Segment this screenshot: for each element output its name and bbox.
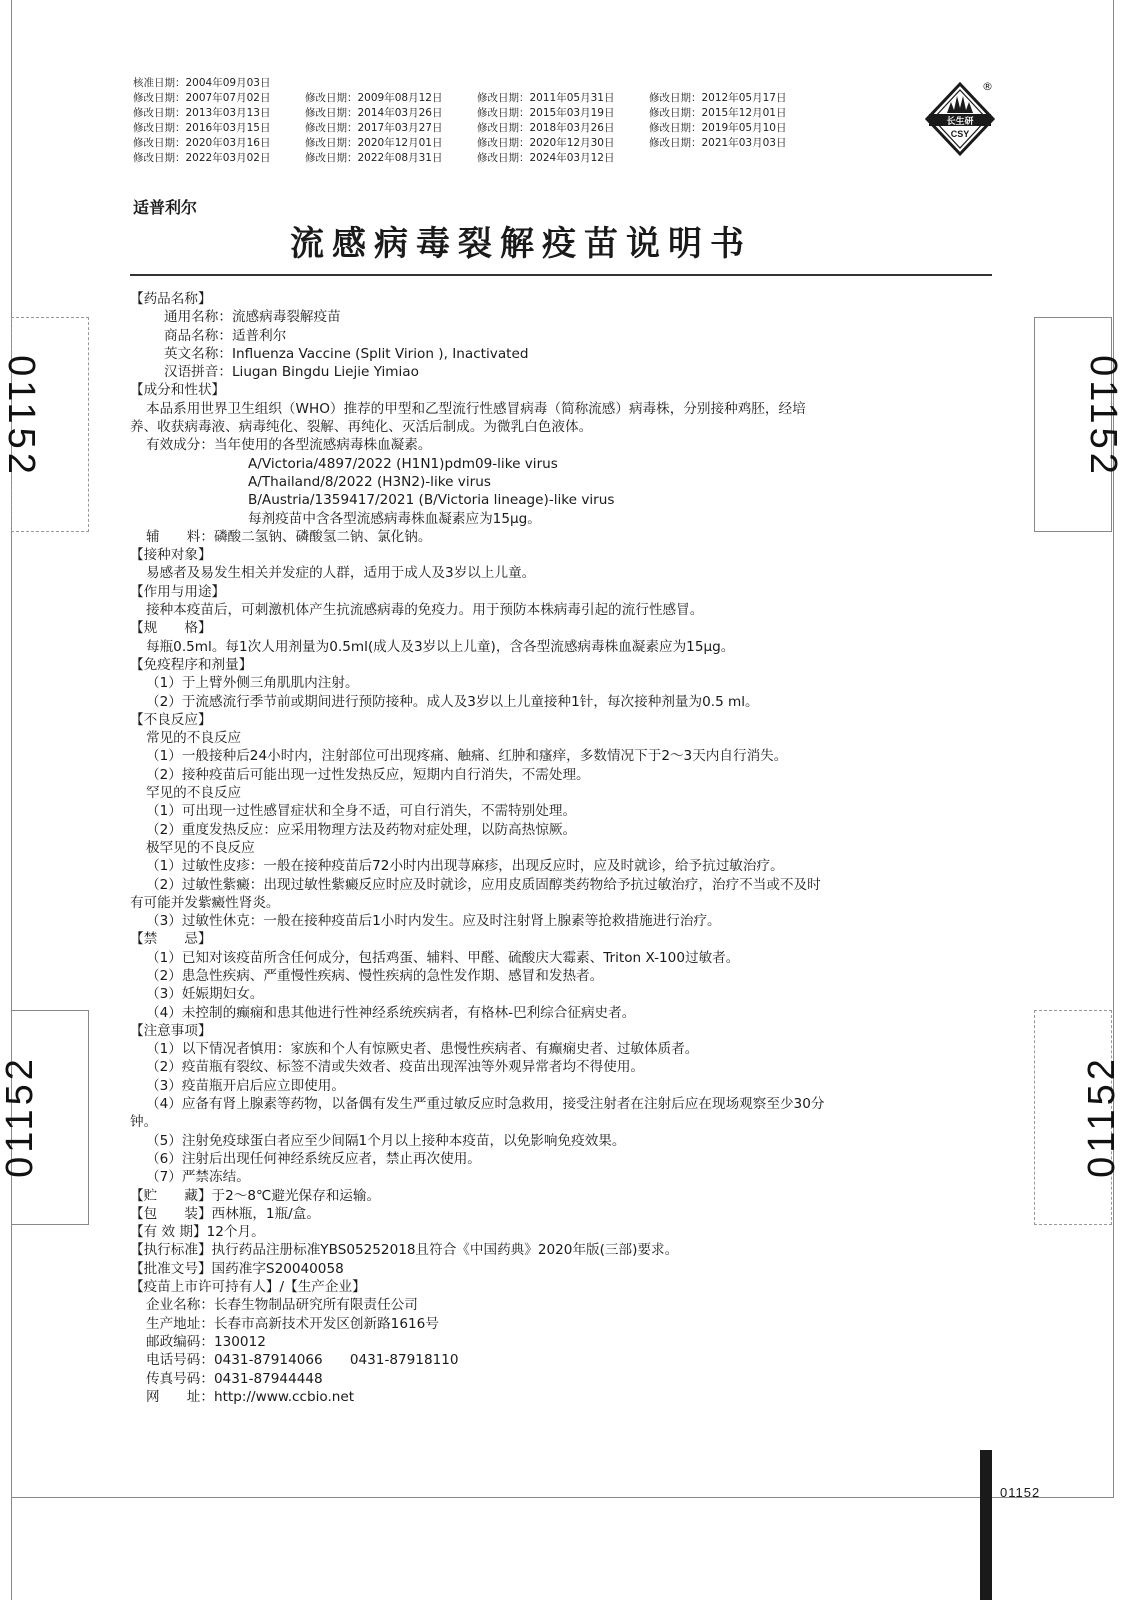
revision-date: 修改日期：2018年03月26日 [477,121,649,136]
package: 【包 装】西林瓶，1瓶/盒。 [130,1205,996,1223]
usage-text: 接种本疫苗后，可刺激机体产生抗流感病毒的免疫力。用于预防本株病毒引起的流行性感冒… [130,601,996,619]
revision-date: 修改日期：2016年03月15日 [133,121,305,136]
precaution-item: （7）严禁冻结。 [130,1168,996,1186]
strain: A/Victoria/4897/2022 (H1N1)pdm09-like vi… [130,455,996,473]
strain: A/Thailand/8/2022 (H3N2)-like virus [130,473,996,491]
bottom-code: 01152 [1000,1485,1040,1500]
website-link[interactable]: 网 址：http://www.ccbio.net [130,1388,996,1406]
registered-mark: ® [982,80,993,93]
shelf-life: 【有 效 期】12个月。 [130,1223,996,1241]
per-dose-content: 每剂疫苗中含各型流感病毒株血凝素应为15μg。 [130,510,996,528]
pinyin-name: 汉语拼音：Liugan Bingdu Liejie Yimiao [130,363,996,381]
dosage-item: （1）于上臂外侧三角肌肌内注射。 [130,674,996,692]
contraindication-item: （1）已知对该疫苗所含任何成分，包括鸡蛋、辅料、甲醛、硫酸庆大霉素、Triton… [130,949,996,967]
revision-date: 修改日期：2019年05月10日 [649,121,821,136]
page-border-left [11,0,12,1600]
csy-diamond-logo-icon: 长生研 CSY [925,82,995,157]
trade-name: 商品名称：适普利尔 [130,327,996,345]
active-ingredients-label: 有效成分：当年使用的各型流感病毒株血凝素。 [130,436,996,454]
revision-date: 修改日期：2017年03月27日 [305,121,477,136]
adverse-item: （2）重度发热反应：应采用物理方法及药物对症处理，以防高热惊厥。 [130,821,996,839]
precaution-item: （5）注射免疫球蛋白者应至少间隔1个月以上接种本疫苗，以免影响免疫效果。 [130,1132,996,1150]
section-heading-dosage: 【免疫程序和剂量】 [130,656,996,674]
revision-dates: 核准日期：2004年09月03日 修改日期：2007年07月02日 修改日期：2… [133,76,821,166]
section-heading-usage: 【作用与用途】 [130,583,996,601]
side-code-left-top: 01152 [0,355,42,478]
side-code-left-bottom: 01152 [0,1055,42,1178]
precaution-item-cont: 钟。 [130,1113,996,1131]
standard: 【执行标准】执行药品注册标准YBS05252018且符合《中国药典》2020年版… [130,1241,996,1259]
dosage-item: （2）于流感流行季节前或期间进行预防接种。成人及3岁以上儿童接种1针，每次接种剂… [130,693,996,711]
revision-date: 修改日期：2015年03月19日 [477,106,649,121]
adverse-item: （1）一般接种后24小时内，注射部位可出现疼痛、触痛、红肿和瘙痒，多数情况下于2… [130,747,996,765]
section-heading-composition: 【成分和性状】 [130,381,996,399]
phone: 电话号码：0431-87914066 0431-87918110 [130,1351,996,1369]
section-heading-contraindications: 【禁 忌】 [130,930,996,948]
adverse-rare-label: 罕见的不良反应 [130,784,996,802]
svg-text:CSY: CSY [951,129,970,139]
revision-date: 修改日期：2015年12月01日 [649,106,821,121]
section-heading-manufacturer: 【疫苗上市许可持有人】/【生产企业】 [130,1278,996,1296]
precaution-item: （1）以下情况者慎用：家族和个人有惊厥史者、患慢性疾病者、有癫痫史者、过敏体质者… [130,1040,996,1058]
document-title: 流感病毒裂解疫苗说明书 [290,216,752,265]
precaution-item: （2）疫苗瓶有裂纹、标签不清或失效者、疫苗出现浑浊等外观异常者均不得使用。 [130,1058,996,1076]
revision-date: 修改日期：2020年12月01日 [305,136,477,151]
revision-date: 修改日期：2007年07月02日 [133,91,305,106]
company-name: 企业名称：长春生物制品研究所有限责任公司 [130,1296,996,1314]
generic-name: 通用名称：流感病毒裂解疫苗 [130,308,996,326]
revision-date: 修改日期：2020年03月16日 [133,136,305,151]
contraindication-item: （3）妊娠期妇女。 [130,985,996,1003]
page-border-bottom [11,1497,1114,1498]
storage: 【贮 藏】于2～8℃避光保存和运输。 [130,1187,996,1205]
brand-name: 适普利尔 [133,195,197,218]
section-heading-adverse: 【不良反应】 [130,711,996,729]
adverse-item-cont: 有可能并发紫癜性肾炎。 [130,894,996,912]
target-text: 易感者及易发生相关并发症的人群，适用于成人及3岁以上儿童。 [130,564,996,582]
adverse-item: （1）过敏性皮疹：一般在接种疫苗后72小时内出现荨麻疹，出现反应时，应及时就诊，… [130,857,996,875]
side-code-right-top: 01152 [1081,355,1124,478]
approval-number: 【批准文号】国药准字S20040058 [130,1260,996,1278]
precaution-item: （3）疫苗瓶开启后应立即使用。 [130,1077,996,1095]
document-body: 【药品名称】 通用名称：流感病毒裂解疫苗 商品名称：适普利尔 英文名称：Infl… [130,290,996,1406]
company-address: 生产地址：长春市高新技术开发区创新路1616号 [130,1315,996,1333]
strain: B/Austria/1359417/2021 (B/Victoria linea… [130,491,996,509]
section-heading-drug-name: 【药品名称】 [130,290,996,308]
revision-date: 修改日期：2013年03月13日 [133,106,305,121]
revision-date: 修改日期：2009年08月12日 [305,91,477,106]
adverse-item: （2）接种疫苗后可能出现一过性发热反应，短期内自行消失，不需处理。 [130,766,996,784]
side-code-right-bottom: 01152 [1081,1055,1124,1178]
revision-date: 修改日期：2014年03月26日 [305,106,477,121]
section-heading-precautions: 【注意事项】 [130,1022,996,1040]
revision-date: 修改日期：2021年03月03日 [649,136,821,151]
english-name: 英文名称：Influenza Vaccine (Split Virion ), … [130,345,996,363]
svg-text:长生研: 长生研 [946,115,973,127]
postcode: 邮政编码：130012 [130,1333,996,1351]
page-border-right [1113,0,1114,1497]
revision-date: 修改日期：2020年12月30日 [477,136,649,151]
adverse-very-rare-label: 极罕见的不良反应 [130,839,996,857]
contraindication-item: （2）患急性疾病、严重慢性疾病、慢性疾病的急性发作期、感冒和发热者。 [130,967,996,985]
company-logo: 长生研 CSY [925,82,995,157]
precaution-item: （6）注射后出现任何神经系统反应者，禁止再次使用。 [130,1150,996,1168]
precaution-item: （4）应备有肾上腺素等药物，以备偶有发生严重过敏反应时急救用，接受注射者在注射后… [130,1095,996,1113]
excipients: 辅 料：磷酸二氢钠、磷酸氢二钠、氯化钠。 [130,528,996,546]
revision-date: 修改日期：2011年05月31日 [477,91,649,106]
print-marker-bar [980,1450,992,1600]
revision-date: 修改日期：2022年08月31日 [305,151,477,166]
revision-date: 修改日期：2022年03月02日 [133,151,305,166]
revision-date: 修改日期：2024年03月12日 [477,151,649,166]
section-heading-target: 【接种对象】 [130,546,996,564]
adverse-common-label: 常见的不良反应 [130,729,996,747]
title-divider [130,274,992,276]
contraindication-item: （4）未控制的癫痫和患其他进行性神经系统疾病者，有格林-巴利综合征病史者。 [130,1004,996,1022]
composition-desc: 本品系用世界卫生组织（WHO）推荐的甲型和乙型流行性感冒病毒（简称流感）病毒株，… [130,400,996,418]
adverse-item: （3）过敏性休克：一般在接种疫苗后1小时内发生。应及时注射肾上腺素等抢救措施进行… [130,912,996,930]
adverse-item: （1）可出现一过性感冒症状和全身不适，可自行消失，不需特别处理。 [130,802,996,820]
fax: 传真号码：0431-87944448 [130,1370,996,1388]
composition-desc-cont: 养、收获病毒液、病毒纯化、裂解、再纯化、灭活后制成。为微乳白色液体。 [130,418,996,436]
spec-text: 每瓶0.5ml。每1次人用剂量为0.5ml(成人及3岁以上儿童)，含各型流感病毒… [130,638,996,656]
approval-date: 核准日期：2004年09月03日 [133,76,305,91]
adverse-item: （2）过敏性紫癜：出现过敏性紫癜反应时应及时就诊，应用皮质固醇类药物给予抗过敏治… [130,876,996,894]
revision-date: 修改日期：2012年05月17日 [649,91,821,106]
section-heading-spec: 【规 格】 [130,619,996,637]
